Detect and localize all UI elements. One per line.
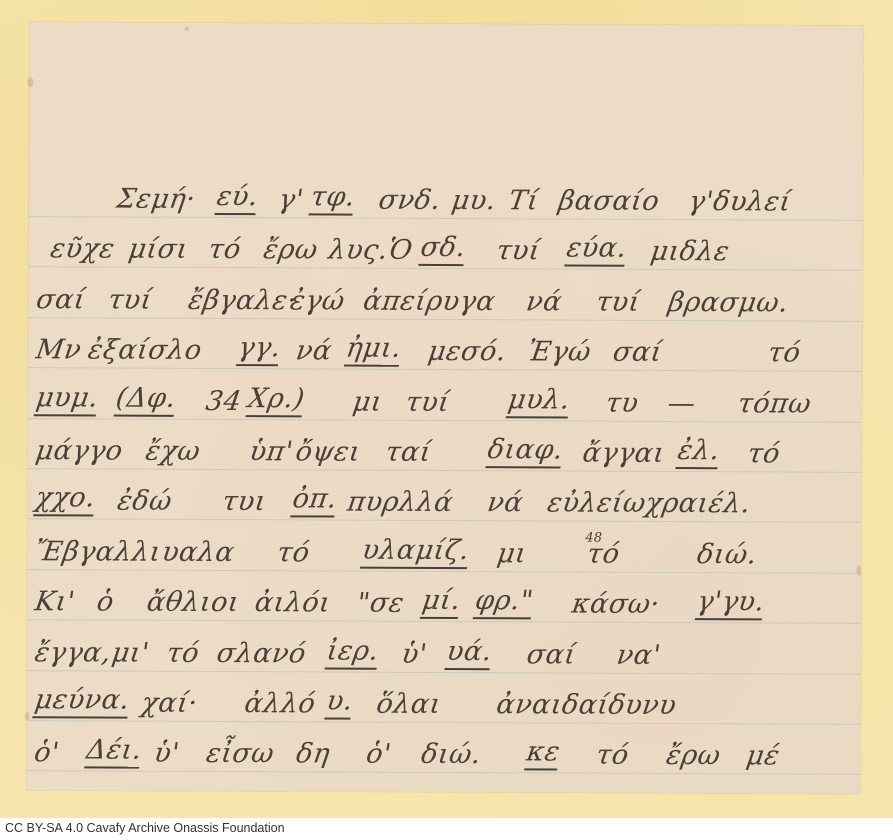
- handwritten-word: μι: [495, 538, 529, 569]
- handwritten-word: ἐδώ: [115, 486, 174, 517]
- handwritten-word: Ὁ: [386, 235, 414, 266]
- handwritten-word: εύα.: [564, 233, 629, 267]
- handwritten-word: τυί: [106, 284, 154, 315]
- handwritten-word: ὁ': [32, 738, 61, 769]
- handwritten-word: διώ.: [419, 739, 483, 770]
- handwritten-word: σαί: [525, 639, 578, 670]
- handwritten-word: τό: [746, 438, 783, 469]
- handwritten-word: ὅλαι: [374, 689, 443, 720]
- handwritten-word: νά: [485, 488, 525, 519]
- handwritten-word: τό: [206, 234, 243, 265]
- handwritten-word: Τί: [507, 185, 541, 216]
- handwritten-word: μέ: [744, 741, 782, 772]
- handwritten-word: υαλα: [160, 537, 236, 568]
- handwritten-word: τυί: [594, 286, 642, 317]
- handwritten-word: φρ.": [473, 585, 536, 619]
- handwritten-word: χαί·: [139, 688, 199, 719]
- handwritten-word: εὐλείωχραιέλ.: [545, 488, 752, 520]
- handwritten-word: κάσω·: [570, 589, 662, 620]
- handwritten-word: κε: [524, 737, 562, 771]
- manuscript-page: Σεμή·εύ.γ'τφ.σνδ.μυ.Τίβασαίογ'δυλείεῦχεμ…: [26, 22, 863, 794]
- handwritten-word: ἀπείρυγα: [361, 285, 497, 317]
- handwritten-word: Δέι.: [84, 735, 144, 769]
- handwritten-word: ἔχω: [144, 436, 203, 467]
- handwritten-word: σαί: [611, 337, 664, 368]
- handwritten-word: τυί: [494, 236, 542, 267]
- handwritten-word: να': [615, 639, 663, 670]
- handwritten-word: 34: [204, 386, 244, 417]
- handwritten-word: βασαίο: [557, 186, 662, 217]
- manuscript-line: Σεμή·εύ.γ'τφ.σνδ.μυ.Τίβασαίογ'δυλεί: [29, 176, 863, 224]
- handwritten-word: μι: [351, 386, 385, 417]
- manuscript-line: Μνἐξαίσλογγ.νάἠμι.μεσό.Ἐγώσαίτό: [28, 327, 862, 375]
- handwritten-word: "σε: [355, 588, 406, 619]
- manuscript-line: Κι'ὁἄθλιοιἀιλόι"σεμί.φρ."κάσω·γ'γυ.: [27, 579, 861, 627]
- handwritten-word: Ἐγώ: [526, 337, 593, 368]
- handwritten-word: Κι': [33, 586, 77, 617]
- manuscript-line: μυμ.(Δφ.34Χρ.)μιτυίμυλ.τυ—τόπω: [28, 378, 862, 426]
- handwritten-word: εἶσω: [204, 738, 276, 769]
- manuscript-line: χχο.ἐδώτυιὀπ.πυρλλάνάεὐλείωχραιέλ.: [27, 479, 861, 527]
- handwritten-word: τό: [275, 537, 312, 568]
- manuscript-line: μεύνα.χαί·ἀλλόυ.ὅλαιἀναιδαίδυνυ: [27, 680, 861, 728]
- handwritten-word: διαφ.: [485, 434, 565, 468]
- manuscript-line: ἔγγα,μι'τόσλανόἰερ.ὑ'υά.σαίνα': [27, 630, 861, 678]
- handwritten-word: τυ: [604, 387, 641, 418]
- handwritten-word: γ'γυ.: [695, 586, 767, 620]
- handwritten-word: Ἔβγαλλι: [33, 536, 163, 568]
- handwritten-word: βρασμω.: [666, 287, 790, 319]
- paper-stain: [27, 77, 33, 87]
- handwritten-word: πυρλλά: [345, 487, 455, 518]
- manuscript-line: ὁ'Δέι.ὑ'εἶσωδηὁ'διώ.κετόἔρωμέ: [26, 731, 860, 779]
- handwritten-word: ὑ': [152, 738, 181, 769]
- handwritten-word: μυμ.: [34, 382, 101, 416]
- handwritten-word: ἀλλό: [242, 688, 317, 719]
- handwritten-word: ὑ': [400, 638, 429, 669]
- handwritten-word: νά: [524, 286, 564, 317]
- superscript-note: 48: [585, 531, 602, 546]
- handwritten-word: γγ.: [236, 332, 283, 366]
- handwritten-word: τό: [766, 338, 803, 369]
- handwritten-word: ἄγγαι: [581, 438, 667, 469]
- handwritten-word: Σεμή·: [115, 184, 198, 215]
- handwritten-word: ὀπ.: [290, 484, 339, 518]
- handwritten-word: ἄθλιοι: [145, 587, 242, 618]
- handwritten-word: Μν: [34, 334, 84, 365]
- handwritten-word: ἔρω: [664, 740, 722, 771]
- handwritten-word: τό: [594, 740, 631, 771]
- manuscript-line: εῦχεμίσιτόἔρωλυς.Ὁσδ.τυίεύα.μιδλε: [29, 227, 863, 275]
- handwritten-word: τφ.: [308, 181, 357, 215]
- handwritten-word: ἐλ.: [675, 435, 722, 469]
- handwritten-word: μιδλε: [648, 236, 731, 267]
- handwritten-word: γ'δυλεί: [687, 186, 793, 217]
- handwritten-word: μεύνα.: [32, 684, 132, 718]
- handwritten-word: υλαμίζ.: [360, 534, 472, 568]
- paper-stain: [185, 27, 189, 31]
- handwritten-word: ἔγγα,: [33, 637, 114, 668]
- handwritten-word: ὁ': [364, 739, 393, 770]
- handwritten-word: ἀιλόι: [253, 587, 333, 618]
- handwritten-word: τόπω: [736, 388, 813, 419]
- handwritten-word: ἐξαίσλο: [86, 335, 204, 366]
- handwritten-word: μυλ.: [506, 384, 573, 418]
- handwritten-word: τυί: [404, 386, 452, 417]
- handwritten-word: μί.: [420, 585, 463, 619]
- handwritten-word: (Δφ.: [114, 382, 178, 416]
- manuscript-line: μάγγοἔχωὑπ'ὄψειταίδιαφ.ἄγγαιἐλ.τό: [28, 428, 862, 476]
- handwritten-word: ἰερ.: [324, 635, 380, 669]
- handwritten-word: εύ.: [214, 181, 260, 215]
- handwritten-word: —: [666, 388, 698, 419]
- handwritten-word: ὑπ': [248, 436, 296, 467]
- handwritten-word: υ.: [324, 685, 355, 719]
- handwritten-word: Χρ.): [246, 383, 307, 417]
- handwritten-word: υά.: [444, 636, 494, 670]
- handwritten-word: μεσό.: [426, 336, 508, 367]
- handwritten-word: λυς.: [326, 235, 390, 266]
- handwritten-word: ὁ: [95, 587, 116, 618]
- handwritten-word: εῦχε: [48, 234, 116, 265]
- handwritten-word: ἠμι.: [344, 333, 404, 367]
- handwritten-word: δη: [294, 739, 332, 770]
- license-caption: CC BY-SA 4.0 Cavafy Archive Onassis Foun…: [5, 819, 285, 840]
- handwritten-word: μι': [110, 637, 152, 668]
- handwritten-word: μίσι: [126, 234, 190, 265]
- handwritten-word: γ': [277, 184, 306, 215]
- handwritten-word: ἔρω: [261, 235, 319, 266]
- handwritten-word: τό: [165, 637, 202, 668]
- manuscript-line: σαίτυίἔβγαλε·ἐγώἀπείρυγανάτυίβρασμω.: [28, 277, 862, 325]
- handwritten-word: ἐγώ: [288, 285, 347, 316]
- handwritten-word: σλανό: [215, 638, 308, 669]
- handwritten-word: ταί: [384, 437, 434, 468]
- handwritten-word: νά: [294, 336, 334, 367]
- handwritten-word: διώ.: [695, 539, 759, 570]
- handwritten-word: ἀναιδαίδυνυ: [494, 689, 678, 721]
- handwritten-word: χχο.: [33, 483, 97, 517]
- handwritten-word: σαί: [34, 284, 87, 315]
- handwritten-word: ἔβγαλε·: [186, 285, 299, 316]
- handwritten-word: σδ.: [418, 232, 468, 266]
- handwritten-word: ὄψει: [294, 436, 363, 467]
- manuscript-line: Ἔβγαλλιυαλατόυλαμίζ.μιτόδιώ.: [27, 529, 861, 577]
- handwritten-word: μάγγο: [34, 435, 125, 466]
- handwritten-word: τυι: [220, 486, 268, 517]
- handwritten-word: μυ.: [450, 185, 499, 216]
- handwritten-word: σνδ.: [377, 185, 443, 216]
